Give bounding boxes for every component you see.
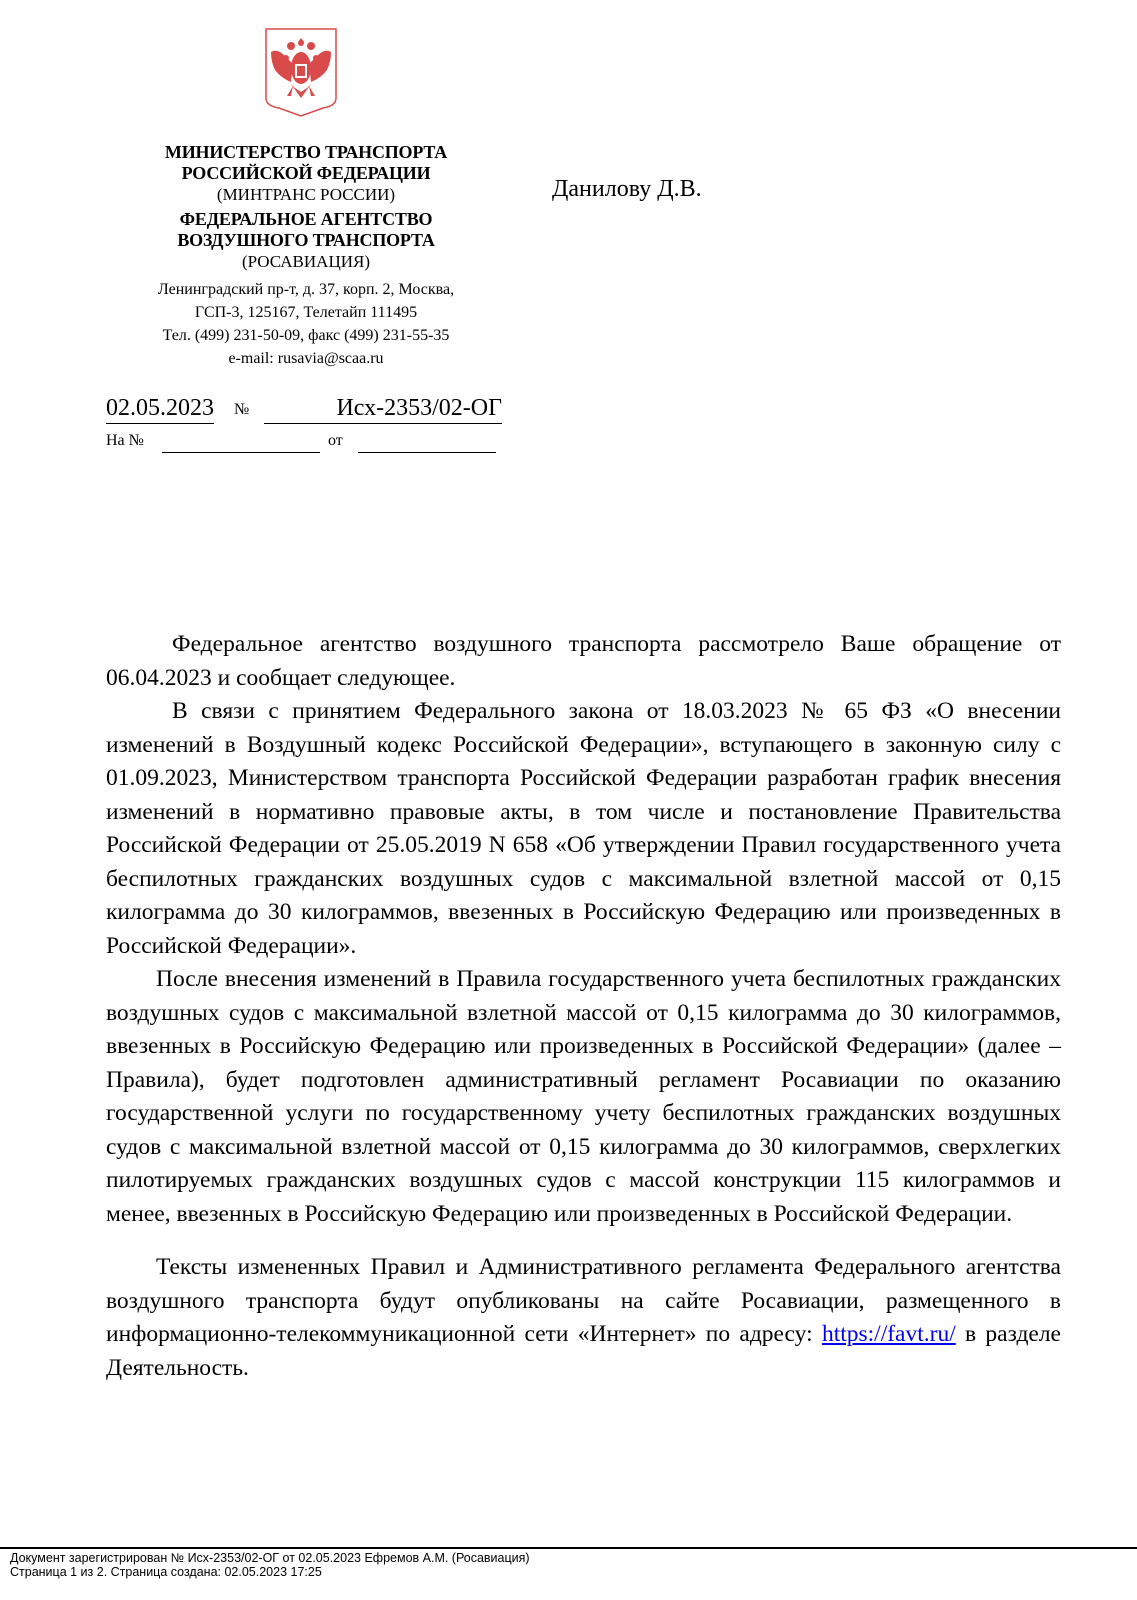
registration-number: Исх-2353/02-ОГ xyxy=(264,394,502,424)
reference-number-blank xyxy=(162,452,320,453)
sender-contacts: Ленинградский пр-т, д. 37, корп. 2, Моск… xyxy=(100,278,512,370)
sender-letterhead: МИНИСТЕРСТВО ТРАНСПОРТА РОССИЙСКОЙ ФЕДЕР… xyxy=(100,142,512,370)
registration-date: 02.05.2023 xyxy=(106,394,214,424)
ministry-name-line1: МИНИСТЕРСТВО ТРАНСПОРТА xyxy=(100,142,512,163)
address-line2: ГСП-3, 125167, Телетайп 111495 xyxy=(100,301,512,324)
reference-number-label: На № xyxy=(106,432,144,450)
body-paragraph-1: Федеральное агентство воздушного транспо… xyxy=(106,628,1061,695)
agency-name-line2: ВОЗДУШНОГО ТРАНСПОРТА xyxy=(100,230,512,251)
coat-of-arms-emblem xyxy=(263,26,339,118)
body-paragraph-2: В связи с принятием Федерального закона … xyxy=(106,695,1061,963)
agency-short-name: (РОСАВИАЦИЯ) xyxy=(100,251,512,272)
footer-divider xyxy=(0,1547,1137,1549)
phone-fax-line: Тел. (499) 231-50-09, факс (499) 231-55-… xyxy=(100,324,512,347)
email-line: e-mail: rusavia@scaa.ru xyxy=(100,347,512,370)
addressee: Данилову Д.В. xyxy=(552,176,702,203)
ministry-name-line2: РОССИЙСКОЙ ФЕДЕРАЦИИ xyxy=(100,163,512,184)
ministry-short-name: (МИНТРАНС РОССИИ) xyxy=(100,184,512,205)
reference-line: На № от xyxy=(106,432,506,456)
reference-date-blank xyxy=(358,452,496,453)
body-paragraph-4: Тексты измененных Правил и Административ… xyxy=(106,1251,1061,1385)
address-line1: Ленинградский пр-т, д. 37, корп. 2, Моск… xyxy=(100,278,512,301)
registration-footer: Документ зарегистрирован № Исх-2353/02-О… xyxy=(10,1551,530,1579)
reference-from-label: от xyxy=(328,432,343,450)
registration-line: 02.05.2023 № Исх-2353/02-ОГ xyxy=(106,394,506,424)
body-paragraph-3: После внесения изменений в Правила госуд… xyxy=(106,963,1061,1231)
russian-coat-of-arms-icon xyxy=(263,26,339,118)
footer-page-line: Страница 1 из 2. Страница создана: 02.05… xyxy=(10,1565,530,1579)
number-sign: № xyxy=(234,401,249,419)
footer-registration-line: Документ зарегистрирован № Исх-2353/02-О… xyxy=(10,1551,530,1565)
favt-website-link[interactable]: https://favt.ru/ xyxy=(822,1321,956,1347)
letter-body: Федеральное агентство воздушного транспо… xyxy=(106,628,1061,1385)
agency-name-line1: ФЕДЕРАЛЬНОЕ АГЕНТСТВО xyxy=(100,209,512,230)
